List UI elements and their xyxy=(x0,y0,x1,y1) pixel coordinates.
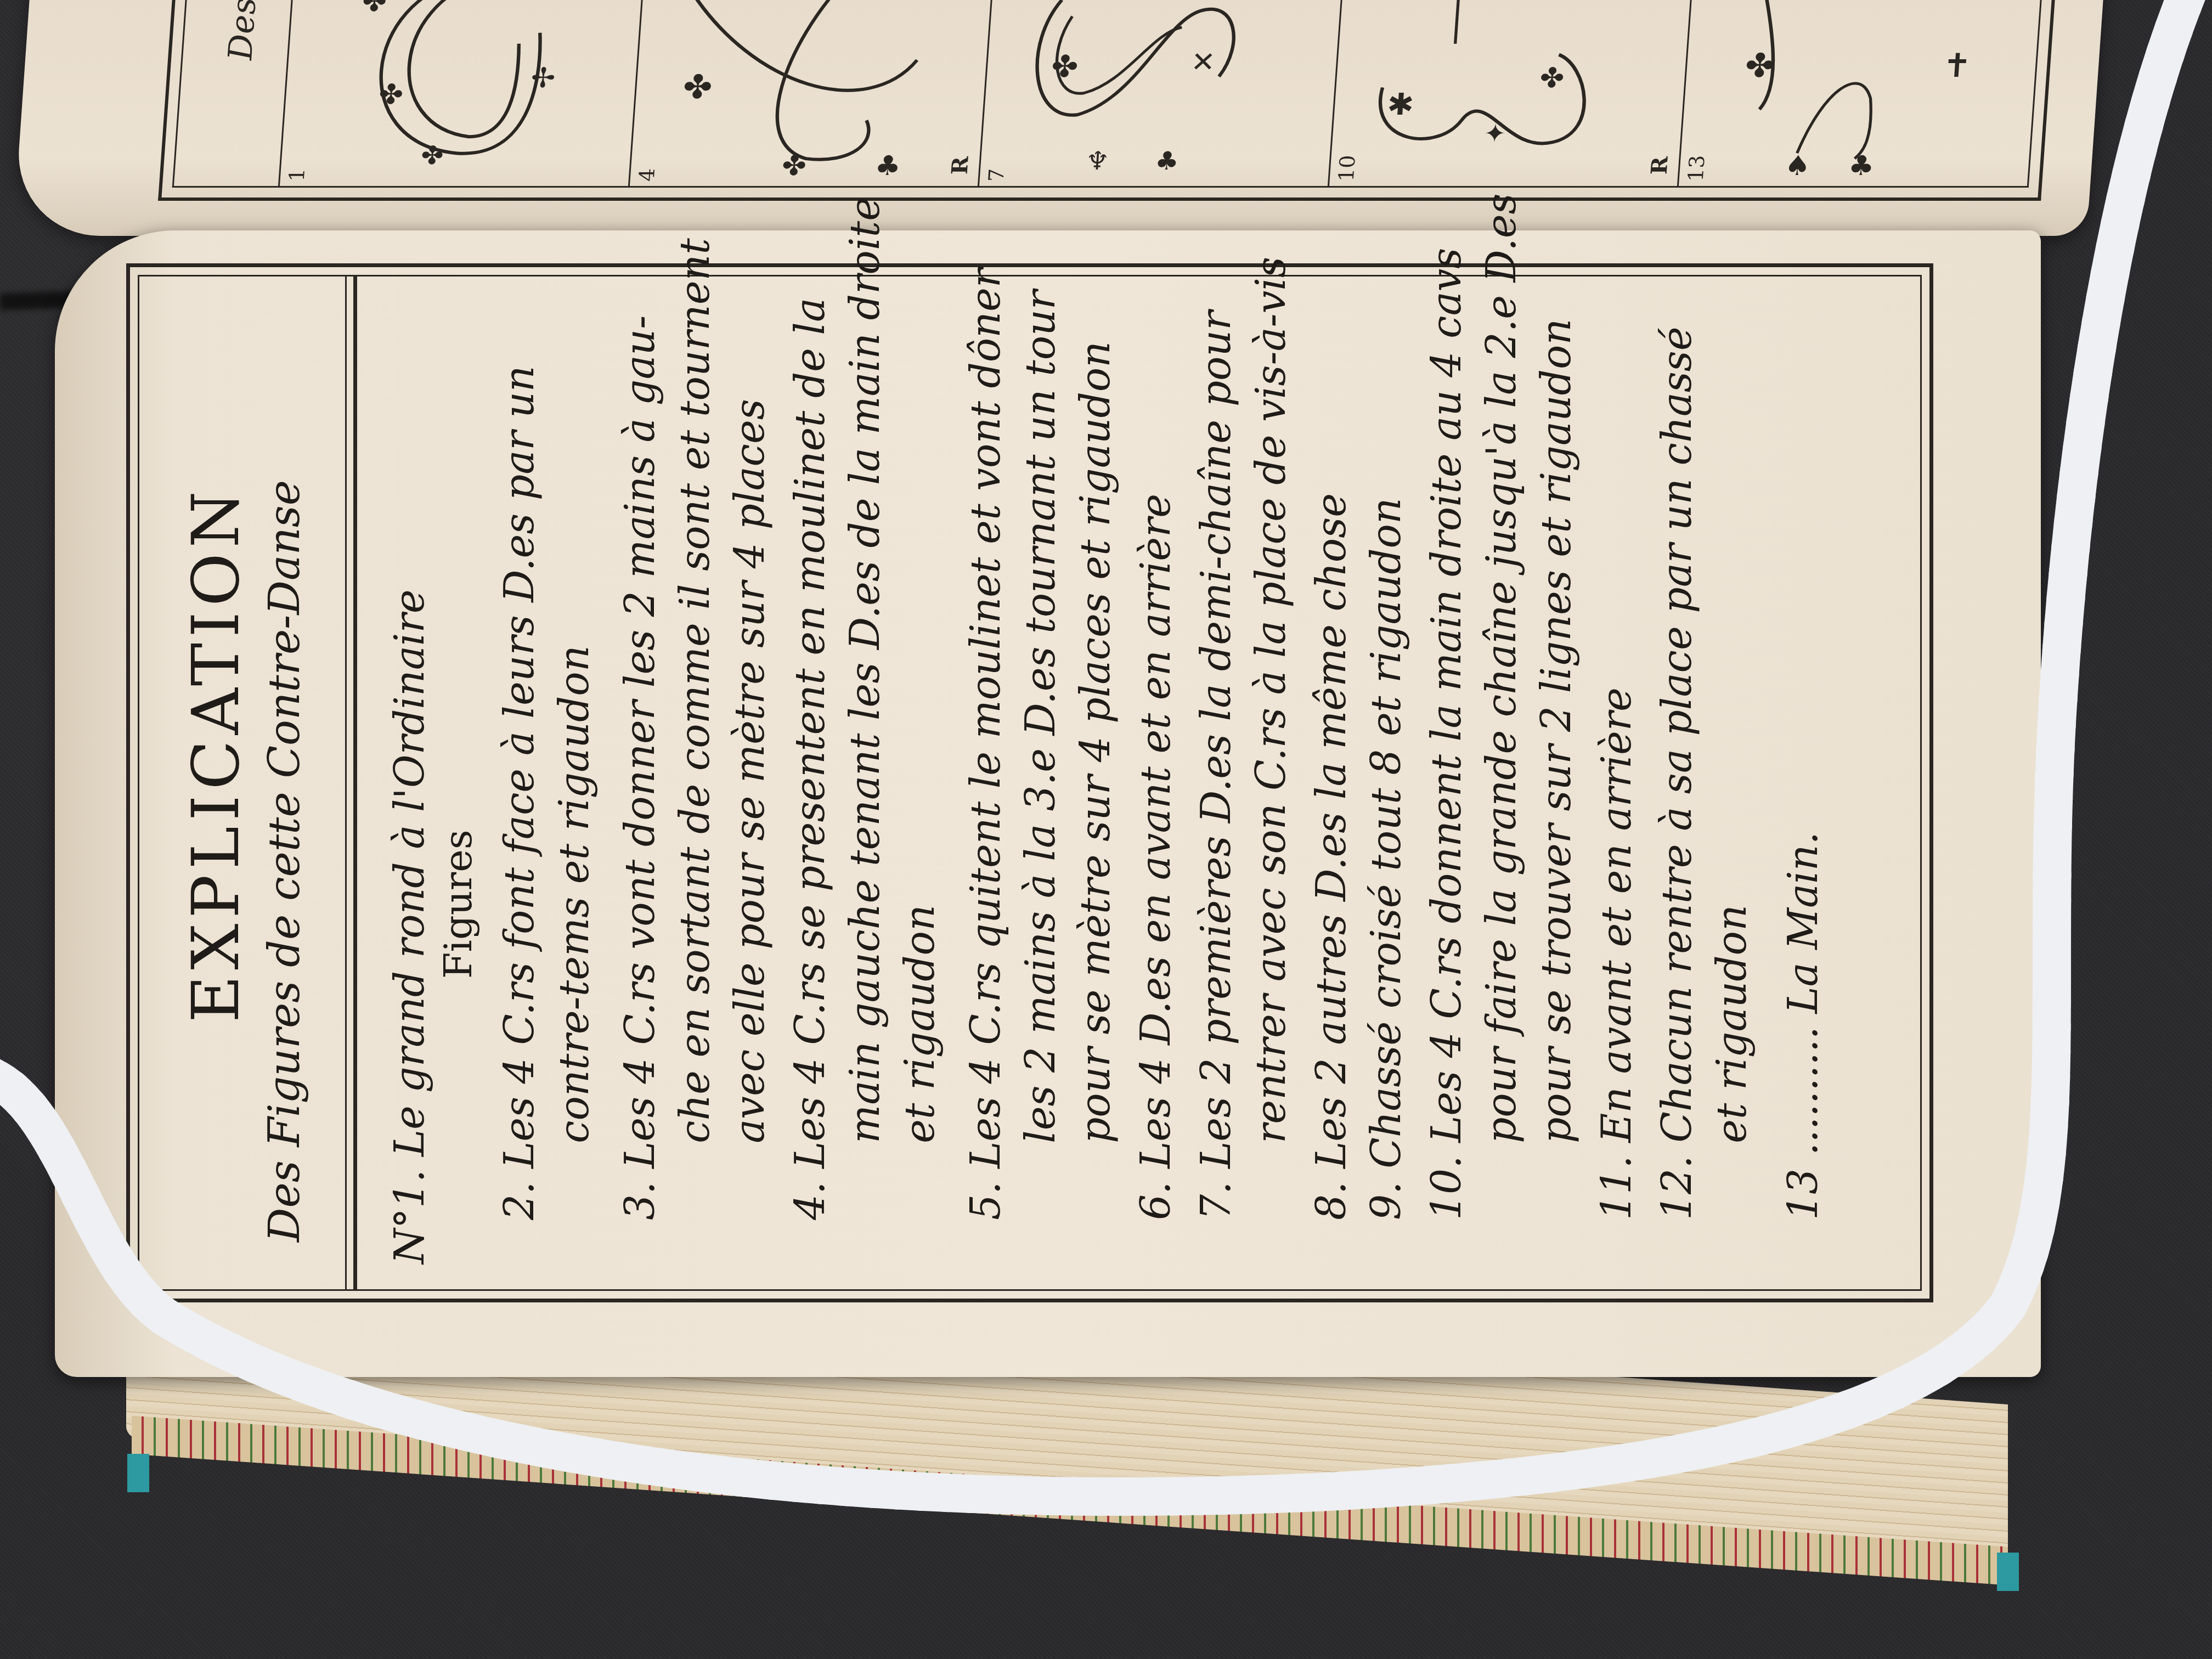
svg-text:✤: ✤ xyxy=(1539,63,1565,94)
entry-text: En avant et en arrière xyxy=(1593,687,1640,1143)
entry-line: 2. Les 4 C.rs font face à leurs D.es par… xyxy=(496,365,543,1220)
svg-text:✤: ✤ xyxy=(1050,49,1079,84)
entry-line-continued: rentrer avec son C.rs à la place de vis-… xyxy=(1248,257,1295,1143)
page-title: EXPLICATION xyxy=(178,486,253,1023)
entry-line-continued: et rigaudon xyxy=(896,905,944,1143)
svg-text:✦: ✦ xyxy=(1482,120,1506,149)
entry-text: Le grand rond à l'Ordinaire xyxy=(386,589,433,1156)
entry-number: 5. xyxy=(962,1181,1009,1220)
entry-line-continued: contre-tems et rigaudon xyxy=(551,645,598,1143)
entry-line: 10. Les 4 C.rs donnent la main droite au… xyxy=(1423,248,1470,1220)
entry-line: 9. Chassé croisé tout 8 et rigaudon xyxy=(1363,498,1410,1220)
figures-header-cell: Des Fig xyxy=(174,0,295,186)
entry-number: N°1. xyxy=(386,1170,433,1264)
entry-text: Les 2 autres D.es la même chose xyxy=(1308,493,1355,1169)
entry-number: 12. xyxy=(1654,1155,1701,1220)
svg-text:♆: ♆ xyxy=(1085,146,1110,176)
entry-line-continued: les 2 mains à la 3.e D.es tournant un to… xyxy=(1017,290,1064,1143)
binding-corner xyxy=(127,1454,149,1492)
entry-line-continued: avec elle pour se mètre sur 4 places xyxy=(726,399,774,1143)
svg-text:♠: ♠ xyxy=(1784,150,1812,182)
entry-number: 10. xyxy=(1423,1155,1470,1220)
entry-number: 9. xyxy=(1363,1181,1410,1220)
figure-number: 4 xyxy=(634,168,659,182)
entry-text: Les 4 C.rs se presentent en moulinet de … xyxy=(787,298,834,1169)
entry-line: 8. Les 2 autres D.es la même chose xyxy=(1308,493,1355,1220)
entry-line-continued: che en sortant de comme il sont et tourn… xyxy=(672,238,719,1143)
figure-panel: ✤ ✤ ♣ 4 R xyxy=(630,0,994,186)
figure-diagram-icon: ✤ ✤ ♣ xyxy=(630,0,992,186)
title-box: EXPLICATION Des Figures de cette Contre-… xyxy=(139,276,357,1289)
figure-number: 13 xyxy=(1684,155,1709,182)
entry-line: 7. Les 2 premières D.es la demi-chaîne p… xyxy=(1193,311,1240,1220)
entry-line-continued: pour se trouver sur 2 lignes et rigaudon xyxy=(1533,319,1580,1143)
figure-panel: ✱ ✤ ✦ 10 R xyxy=(1329,0,1694,186)
entry-line-continued: pour se mètre sur 4 places et rigaudon xyxy=(1072,341,1119,1143)
entry-number: 8. xyxy=(1308,1181,1355,1220)
svg-text:✤: ✤ xyxy=(781,150,807,182)
entry-line-continued: et rigaudon xyxy=(1708,905,1756,1143)
entry-text: Chacun rentre à sa place par un chassé xyxy=(1654,326,1701,1142)
entry-line: N°1. Le grand rond à l'Ordinaire xyxy=(386,589,433,1264)
entry-text: Les 4 D.es en avant et en arrière xyxy=(1132,494,1180,1169)
figure-mark: R xyxy=(946,156,973,174)
svg-text:✝: ✝ xyxy=(1942,46,1973,84)
figures-frame: Des Fig ✤ ✤ ✢ ✤ 1 ✤ ✤ ♣ xyxy=(158,0,2056,201)
entry-line: 4. Les 4 C.rs se presentent en moulinet … xyxy=(787,298,834,1220)
entry-number: 2. xyxy=(496,1181,543,1220)
svg-text:✱: ✱ xyxy=(1386,87,1415,122)
svg-text:✤: ✤ xyxy=(361,0,387,18)
figure-number: 10 xyxy=(1334,155,1359,182)
figure-diagram-icon: ✤ ✝ ♠ ♣ xyxy=(1679,0,2041,186)
entries-area: N°1. Le grand rond à l'Ordinaire Figures… xyxy=(359,276,1920,1289)
svg-text:✢: ✢ xyxy=(530,63,556,94)
figure-panel: ✤ ✤ ✢ ✤ 1 xyxy=(280,0,644,186)
figure-diagram-icon: ✱ ✤ ✦ xyxy=(1329,0,1692,186)
svg-text:✤: ✤ xyxy=(1744,46,1776,84)
entry-number: 7. xyxy=(1193,1181,1240,1220)
figure-number: 7 xyxy=(984,168,1009,182)
svg-text:✕: ✕ xyxy=(1190,46,1216,78)
entry-line: 11. En avant et en arrière xyxy=(1593,687,1640,1220)
entry-number: 4. xyxy=(787,1181,834,1220)
figure-diagram-icon: ✤ ✤ ✢ ✤ xyxy=(280,0,642,186)
figure-diagram-icon: ✤ ✕ ♆ ♣ xyxy=(979,0,1342,186)
figure-mark: R xyxy=(1646,156,1673,174)
entry-text: Chassé croisé tout 8 et rigaudon xyxy=(1363,498,1410,1169)
svg-text:✤: ✤ xyxy=(681,68,713,106)
entry-line: 6. Les 4 D.es en avant et en arrière xyxy=(1132,494,1180,1220)
entry-line-continued: pour faire la grande chaîne jusqu'à la 2… xyxy=(1478,193,1525,1143)
figures-heading: Figures xyxy=(436,830,481,979)
entry-number: 13 xyxy=(1780,1169,1827,1220)
entry-text: Les 4 C.rs donnent la main droite au 4 c… xyxy=(1423,248,1470,1143)
entry-line: 13 .......... La Main. xyxy=(1780,832,1827,1220)
figures-header-text: Des Fig xyxy=(221,0,268,60)
figure-panel: ✤ ✝ ♠ ♣ 13 xyxy=(1679,0,2041,186)
entry-text: Les 4 C.rs quitent le moulinet et vont d… xyxy=(962,268,1009,1169)
svg-text:♣: ♣ xyxy=(1848,150,1876,182)
top-page-figures: Des Fig ✤ ✤ ✢ ✤ 1 ✤ ✤ ♣ xyxy=(13,0,2105,236)
entry-line: 5. Les 4 C.rs quitent le moulinet et von… xyxy=(962,268,1009,1220)
svg-text:✤: ✤ xyxy=(378,79,404,111)
entry-line-continued: main gauche tenant les D.es de la main d… xyxy=(842,197,889,1143)
entry-line: 12. Chacun rentre à sa place par un chas… xyxy=(1654,326,1701,1220)
page-frame-outer: EXPLICATION Des Figures de cette Contre-… xyxy=(126,263,1933,1302)
entry-text: .......... La Main. xyxy=(1780,832,1827,1155)
figure-panel: ✤ ✕ ♆ ♣ 7 xyxy=(979,0,1344,186)
svg-text:♣: ♣ xyxy=(1154,146,1180,176)
binding-corner xyxy=(1997,1553,2019,1591)
entry-text: Les 4 C.rs vont donner les 2 mains à gau… xyxy=(617,315,664,1169)
svg-text:✤: ✤ xyxy=(420,141,444,170)
entry-text: Les 4 C.rs font face à leurs D.es par un xyxy=(496,365,543,1168)
figure-number: 1 xyxy=(284,168,309,182)
entry-line: 3. Les 4 C.rs vont donner les 2 mains à … xyxy=(617,315,664,1220)
entry-text: Les 2 premières D.es la demi-chaîne pour xyxy=(1193,311,1240,1169)
page-subtitle: Des Figures de cette Contre-Danse xyxy=(260,480,309,1242)
entry-number: 3. xyxy=(617,1181,664,1220)
svg-text:♣: ♣ xyxy=(873,150,901,182)
entry-number: 11. xyxy=(1593,1155,1640,1220)
page-frame-inner: EXPLICATION Des Figures de cette Contre-… xyxy=(138,275,1922,1291)
explication-page: EXPLICATION Des Figures de cette Contre-… xyxy=(55,230,2041,1377)
entry-number: 6. xyxy=(1132,1181,1180,1220)
